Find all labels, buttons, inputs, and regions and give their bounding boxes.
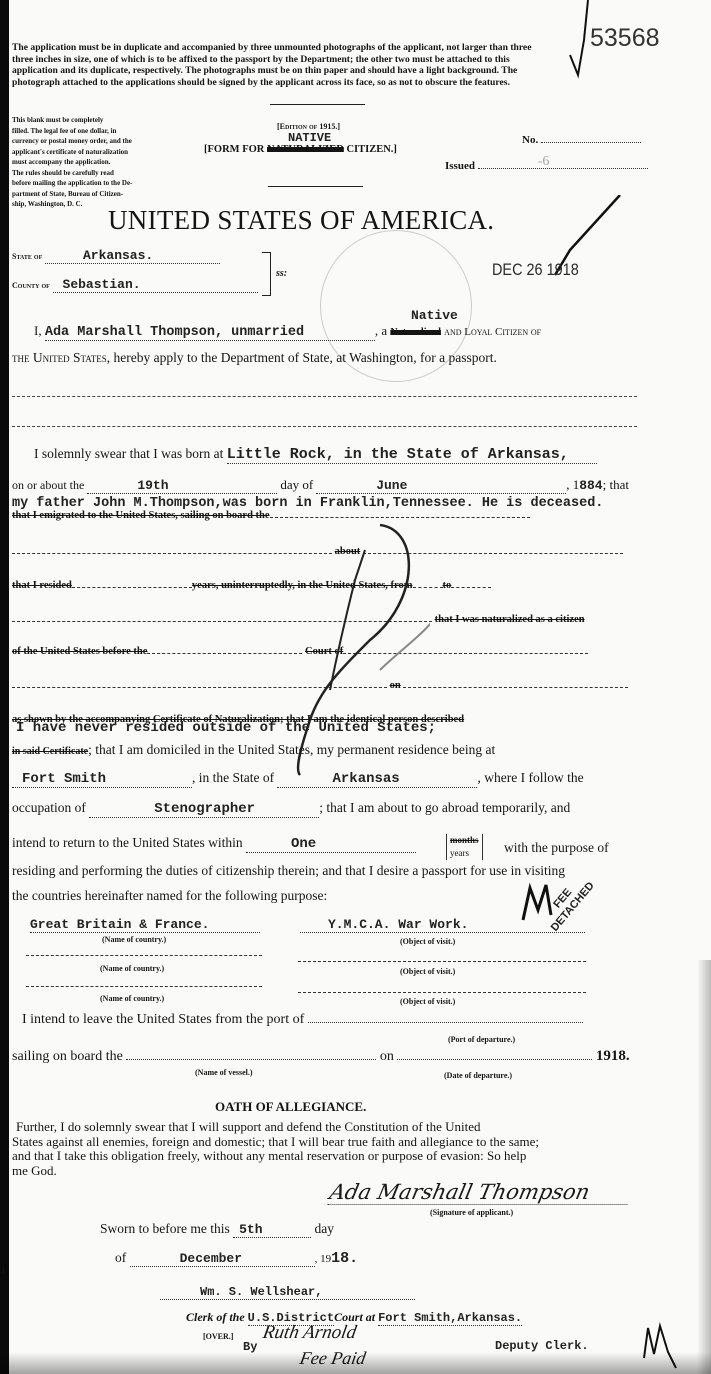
struck-line: to bbox=[443, 580, 452, 591]
caption-date: (Date of departure.) bbox=[444, 1071, 512, 1080]
over-label: [OVER.] bbox=[203, 1332, 233, 1341]
side-note-line: currency or postal money order, and the bbox=[12, 136, 132, 147]
caption-port: (Port of departure.) bbox=[448, 1035, 515, 1044]
clerk-of-label: Clerk of the bbox=[186, 1310, 245, 1324]
birth-place: Little Rock, in the State of Arkansas, bbox=[227, 446, 597, 464]
months-option: months bbox=[450, 834, 479, 847]
struck-line: that I emigrated to the United States, s… bbox=[12, 510, 270, 521]
visit-country-2 bbox=[26, 955, 262, 956]
date-value bbox=[397, 1059, 592, 1060]
caption-country: (Name of country.) bbox=[100, 994, 164, 1003]
sworn-day: 5th bbox=[233, 1222, 311, 1238]
status-struck: Naturalized bbox=[390, 327, 441, 338]
passport-application-page: 53568 The application must be in duplica… bbox=[0, 0, 711, 1374]
clerk-name: Wm. S. Wellshear, bbox=[160, 1285, 415, 1300]
day-label: day bbox=[314, 1221, 334, 1236]
residence-state: Arkansas bbox=[277, 771, 477, 788]
divider bbox=[270, 104, 365, 105]
us-label: the United States, bbox=[12, 350, 110, 365]
state-value: Arkansas. bbox=[45, 248, 220, 264]
county-value: Sebastian. bbox=[53, 277, 258, 293]
struck-line: in said Certificate bbox=[12, 746, 88, 757]
date-received-stamp: DEC 26 1918 bbox=[492, 260, 579, 280]
never-resided-inserted: I have never resided outside of the Unit… bbox=[16, 720, 436, 736]
form-struck-text: NATURALIZED bbox=[267, 144, 344, 155]
issued-field: Issued -6 bbox=[445, 160, 648, 172]
apply-line: the United States, hereby apply to the D… bbox=[12, 350, 497, 366]
citizen-label: and Loyal Citizen of bbox=[444, 326, 541, 338]
edition-label: [Edition of 1915.] bbox=[277, 122, 340, 131]
instruction-line: photograph attached to the applications … bbox=[12, 77, 531, 89]
birth-month: June bbox=[316, 478, 566, 494]
form-prefix: [FORM FOR bbox=[204, 144, 264, 155]
issued-label: Issued bbox=[445, 160, 475, 172]
instruction-line: The application must be in duplicate and… bbox=[12, 42, 531, 54]
port-value bbox=[308, 1022, 583, 1023]
court-seal-label: [Seal of Court.] bbox=[0, 1266, 5, 1275]
issued-value: -6 bbox=[478, 168, 648, 169]
form-type-line: [FORM FOR NATURALIZED CITIZEN.] bbox=[204, 144, 397, 155]
county-field: County of Sebastian. bbox=[12, 277, 258, 293]
caption-country: (Name of country.) bbox=[100, 964, 164, 973]
deputy-signature: Ruth Arnold bbox=[261, 1322, 358, 1344]
occupation-label: occupation of bbox=[12, 800, 86, 815]
applicant-signature: Ada Marshall Thompson bbox=[327, 1180, 632, 1205]
caption-object: (Object of visit.) bbox=[400, 967, 455, 976]
of-label: of bbox=[115, 1250, 126, 1265]
sworn-month-line: of December, 1918. bbox=[115, 1250, 358, 1267]
birth-day: 19th bbox=[87, 478, 277, 494]
abroad-text: ; that I am about to go abroad temporari… bbox=[319, 800, 570, 815]
side-note-line: This blank must be completely bbox=[12, 115, 132, 126]
domicile-text: ; that I am domiciled in the United Stat… bbox=[88, 742, 495, 757]
port-label: I intend to leave the United States from… bbox=[22, 1012, 304, 1027]
scan-edge bbox=[0, 0, 9, 1374]
scan-shadow bbox=[0, 1352, 711, 1374]
return-line: intend to return to the United States wi… bbox=[12, 835, 416, 853]
state-label: State of bbox=[12, 252, 42, 261]
sworn-month: December bbox=[130, 1251, 315, 1267]
state-field: State of Arkansas. bbox=[12, 248, 220, 264]
side-note-line: applicant's certificate of naturalizatio… bbox=[12, 147, 132, 158]
scan-shadow bbox=[697, 960, 711, 1374]
period-options: months years bbox=[446, 834, 483, 860]
year-prefix: , 19 bbox=[315, 1253, 332, 1265]
caption-vessel: (Name of vessel.) bbox=[195, 1068, 253, 1077]
court-location: Fort Smith,Arkansas. bbox=[378, 1311, 522, 1326]
check-mark-icon bbox=[558, 0, 598, 80]
document-number: 53568 bbox=[590, 24, 660, 53]
domicile-line: in said Certificate; that I am domiciled… bbox=[12, 742, 495, 758]
side-note-line: partment of State, Bureau of Citizen- bbox=[12, 189, 132, 200]
side-note-line: before mailing the application to the De… bbox=[12, 178, 132, 189]
initials-scrawl-icon bbox=[518, 880, 558, 930]
in-state-label: , in the State of bbox=[192, 770, 274, 785]
caption-object: (Object of visit.) bbox=[400, 937, 455, 946]
deputy-clerk-label: Deputy Clerk. bbox=[495, 1339, 589, 1353]
birth-year: 884 bbox=[579, 478, 602, 493]
visit-object-3 bbox=[298, 992, 586, 993]
no-label: No. bbox=[522, 134, 538, 146]
year-prefix: , 1 bbox=[566, 477, 579, 492]
number-field: No. bbox=[522, 134, 641, 146]
caption-signature: (Signature of applicant.) bbox=[430, 1208, 513, 1217]
ss-label: ss: bbox=[276, 268, 287, 279]
instruction-line: application and its duplicate, respectiv… bbox=[12, 65, 531, 77]
residence-city: Fort Smith bbox=[12, 771, 192, 788]
residing-line: residing and performing the duties of ci… bbox=[12, 863, 565, 879]
purpose-label: with the purpose of bbox=[504, 840, 609, 856]
oath-line: and that I take this obligation freely, … bbox=[12, 1149, 539, 1164]
oath-line: me God. bbox=[12, 1164, 539, 1179]
vessel-label: sailing on board the bbox=[12, 1049, 123, 1064]
birth-line: I solemnly swear that I was born at Litt… bbox=[34, 446, 597, 464]
occupation-line: occupation of Stenographer; that I am ab… bbox=[12, 800, 570, 818]
form-type-inserted: NATIVE bbox=[288, 131, 331, 145]
applicant-name: Ada Marshall Thompson, unmarried bbox=[45, 325, 375, 341]
struck-line: that I was naturalized as a citizen bbox=[435, 614, 585, 625]
that-label: ; that bbox=[603, 477, 629, 492]
blank-line bbox=[12, 396, 637, 397]
oath-text: Further, I do solemnly swear that I will… bbox=[12, 1120, 539, 1178]
on-about-label: on or about the bbox=[12, 478, 84, 492]
no-value bbox=[541, 142, 641, 143]
form-suffix: CITIZEN.] bbox=[346, 144, 396, 155]
sworn-line: Sworn to before me this 5th day bbox=[100, 1221, 334, 1238]
blank-line bbox=[12, 426, 637, 427]
visit-object-2 bbox=[298, 961, 586, 962]
birth-date-line: on or about the 19th day of June, 1884; … bbox=[12, 477, 629, 494]
a-label: , a bbox=[375, 323, 387, 338]
county-label: County of bbox=[12, 281, 50, 290]
visit-country-3 bbox=[26, 986, 262, 987]
divider bbox=[268, 186, 363, 187]
on-label: on bbox=[380, 1049, 394, 1064]
cancellation-scrawl-icon bbox=[270, 520, 430, 780]
caption-country: (Name of country.) bbox=[102, 935, 166, 944]
applicant-line: I, Ada Marshall Thompson, unmarried, a N… bbox=[34, 323, 541, 341]
occupation-value: Stenographer bbox=[89, 801, 319, 818]
oath-line: States against all enemies, foreign and … bbox=[12, 1135, 539, 1150]
oath-heading: OATH OF ALLEGIANCE. bbox=[215, 1099, 366, 1115]
side-note-line: The rules should be carefully read bbox=[12, 168, 132, 179]
struck-line: of the United States before the bbox=[12, 646, 147, 657]
page-title: UNITED STATES OF AMERICA. bbox=[108, 205, 494, 236]
side-note-line: must accompany the application. bbox=[12, 157, 132, 168]
sworn-label: Sworn to before me this bbox=[100, 1221, 230, 1236]
struck-line: that I resided bbox=[12, 580, 72, 591]
follow-label: , where I follow the bbox=[477, 770, 583, 785]
day-of-label: day of bbox=[280, 477, 313, 492]
vessel-value bbox=[126, 1059, 376, 1060]
instruction-line: three inches in size, one of which is to… bbox=[12, 54, 531, 66]
port-line: I intend to leave the United States from… bbox=[22, 1012, 583, 1028]
vessel-line: sailing on board the on 1918. bbox=[12, 1048, 630, 1065]
oath-line: Further, I do solemnly swear that I will… bbox=[12, 1120, 539, 1135]
residence-line: Fort Smith, in the State of Arkansas, wh… bbox=[12, 770, 584, 788]
departure-year: 1918. bbox=[596, 1048, 630, 1064]
return-value: One bbox=[246, 836, 416, 853]
father-line: my father John M.Thompson,was born in Fr… bbox=[12, 496, 603, 511]
applicant-prefix: I, bbox=[34, 323, 42, 338]
years-option: years bbox=[450, 847, 479, 860]
return-label: intend to return to the United States wi… bbox=[12, 835, 243, 850]
countries-line: the countries hereinafter named for the … bbox=[12, 888, 327, 904]
status-inserted: Native bbox=[411, 308, 458, 323]
visit-country: Great Britain & France. bbox=[30, 917, 260, 933]
side-notes: This blank must be completely filled. Th… bbox=[12, 115, 132, 210]
caption-object: (Object of visit.) bbox=[400, 997, 455, 1006]
instructions-block: The application must be in duplicate and… bbox=[12, 42, 531, 88]
apply-text: hereby apply to the Department of State,… bbox=[114, 350, 497, 365]
birth-lead: I solemnly swear that I was born at bbox=[34, 446, 223, 461]
side-note-line: filled. The legal fee of one dollar, in bbox=[12, 126, 132, 137]
sworn-year: 18. bbox=[331, 1250, 358, 1267]
venue-bracket bbox=[262, 252, 271, 296]
